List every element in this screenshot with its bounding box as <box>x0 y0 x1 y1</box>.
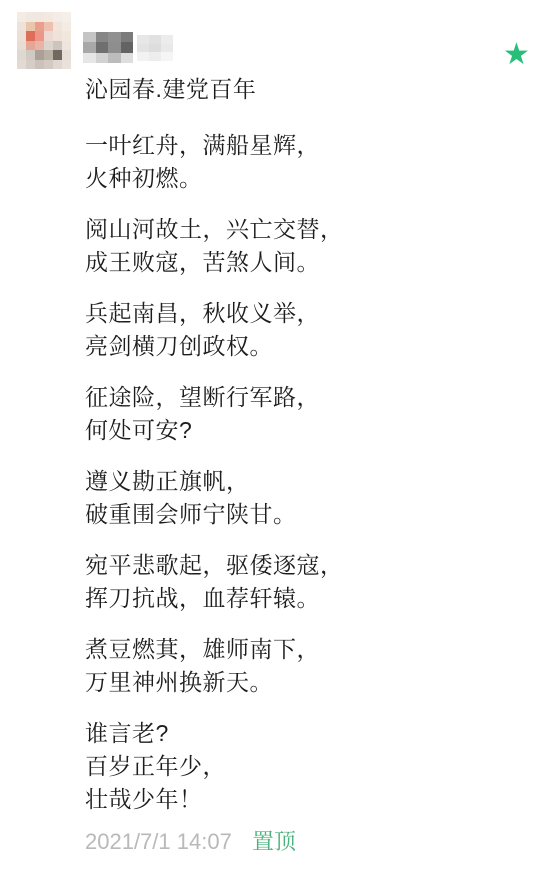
pixel-cell <box>149 44 161 53</box>
pixel-cell <box>35 50 44 60</box>
pinned-badge: 置顶 <box>252 829 296 854</box>
pixel-cell <box>53 31 62 41</box>
poem-stanza: 煮豆燃萁，雄师南下， 万里神州换新天。 <box>85 633 535 699</box>
pixel-cell <box>83 42 96 52</box>
pixel-cell <box>26 41 35 51</box>
pixel-cell <box>62 60 71 70</box>
poem-line: 煮豆燃萁，雄师南下， <box>85 633 535 666</box>
pixel-cell <box>35 12 44 22</box>
pixel-cell <box>17 41 26 51</box>
pixel-cell <box>26 12 35 22</box>
poem-line: 谁言老? <box>85 717 535 750</box>
poem-stanza: 征途险，望断行军路， 何处可安? <box>85 381 535 447</box>
pixel-cell <box>53 50 62 60</box>
pixel-cell <box>62 41 71 51</box>
pixel-cell <box>137 44 149 53</box>
pixel-cell <box>62 22 71 32</box>
poem-line: 挥刀抗战，血荐轩辕。 <box>85 582 535 615</box>
pixel-cell <box>137 35 149 44</box>
poem-stanza: 阅山河故土，兴亡交替， 成王败寇，苦煞人间。 <box>85 213 535 279</box>
poem-line: 破重围会师宁陕甘。 <box>85 498 535 531</box>
pixel-cell <box>83 53 96 63</box>
pixel-cell <box>17 22 26 32</box>
pixel-cell <box>44 31 53 41</box>
poem-line: 宛平悲歌起，驱倭逐寇， <box>85 549 535 582</box>
post-footer: 2021/7/1 14:07 置顶 <box>85 829 296 855</box>
poem-line: 兵起南昌，秋收义举， <box>85 297 535 330</box>
pixel-cell <box>137 52 149 61</box>
poem-line: 成王败寇，苦煞人间。 <box>85 246 535 279</box>
pixel-cell <box>53 22 62 32</box>
poem-stanza: 谁言老? 百岁正年少， 壮哉少年！ <box>85 717 535 816</box>
post-timestamp: 2021/7/1 14:07 <box>85 829 232 854</box>
pixel-cell <box>35 22 44 32</box>
pixel-cell <box>26 60 35 70</box>
pixel-cell <box>121 32 134 42</box>
pixel-cell <box>161 52 173 61</box>
pixel-cell <box>17 60 26 70</box>
pixel-cell <box>35 60 44 70</box>
user-name-redacted-2[interactable] <box>137 35 173 61</box>
pixel-cell <box>108 53 121 63</box>
pixel-cell <box>26 31 35 41</box>
pixel-cell <box>62 12 71 22</box>
poem-line: 遵义勘正旗帆， <box>85 465 535 498</box>
pixel-cell <box>26 50 35 60</box>
pixel-cell <box>17 31 26 41</box>
poem-line: 壮哉少年！ <box>85 783 535 816</box>
pixel-cell <box>44 22 53 32</box>
poem-line: 征途险，望断行军路， <box>85 381 535 414</box>
pixel-cell <box>53 41 62 51</box>
poem-line: 阅山河故土，兴亡交替， <box>85 213 535 246</box>
poem-stanza: 宛平悲歌起，驱倭逐寇， 挥刀抗战，血荐轩辕。 <box>85 549 535 615</box>
pixel-cell <box>26 22 35 32</box>
pixel-cell <box>44 12 53 22</box>
pixel-cell <box>121 53 134 63</box>
poem-title: 沁园春.建党百年 <box>85 73 535 106</box>
moments-post: ★ 沁园春.建党百年 一叶红舟，满船星辉， 火种初燃。 阅山河故土，兴亡交替， … <box>0 0 558 873</box>
pixel-cell <box>83 32 96 42</box>
pixel-cell <box>161 44 173 53</box>
pixel-cell <box>108 32 121 42</box>
poem-stanza: 兵起南昌，秋收义举， 亮剑横刀创政权。 <box>85 297 535 363</box>
poem-line: 亮剑横刀创政权。 <box>85 330 535 363</box>
poem-line: 万里神州换新天。 <box>85 666 535 699</box>
poem-line: 百岁正年少， <box>85 750 535 783</box>
pixel-cell <box>149 52 161 61</box>
pixel-cell <box>53 12 62 22</box>
pixel-cell <box>149 35 161 44</box>
poem-line: 火种初燃。 <box>85 162 535 195</box>
pixel-cell <box>62 50 71 60</box>
pixel-cell <box>44 50 53 60</box>
pixel-cell <box>44 41 53 51</box>
favorite-star-icon[interactable]: ★ <box>503 40 530 70</box>
pixel-cell <box>161 35 173 44</box>
pixel-cell <box>35 41 44 51</box>
pixel-cell <box>62 31 71 41</box>
pixel-cell <box>53 60 62 70</box>
poem-line: 何处可安? <box>85 414 535 447</box>
user-avatar[interactable] <box>17 12 71 69</box>
pixel-cell <box>35 31 44 41</box>
pixel-cell <box>121 42 134 52</box>
pixel-cell <box>96 32 109 42</box>
poem-stanza: 一叶红舟，满船星辉， 火种初燃。 <box>85 129 535 195</box>
pixel-cell <box>17 50 26 60</box>
pixel-cell <box>108 42 121 52</box>
user-name-redacted[interactable] <box>83 32 133 63</box>
pixel-cell <box>96 53 109 63</box>
pixel-cell <box>96 42 109 52</box>
pixel-cell <box>17 12 26 22</box>
poem-stanza: 遵义勘正旗帆， 破重围会师宁陕甘。 <box>85 465 535 531</box>
poem-line: 一叶红舟，满船星辉， <box>85 129 535 162</box>
pixel-cell <box>44 60 53 70</box>
post-content: 沁园春.建党百年 一叶红舟，满船星辉， 火种初燃。 阅山河故土，兴亡交替， 成王… <box>85 73 535 834</box>
